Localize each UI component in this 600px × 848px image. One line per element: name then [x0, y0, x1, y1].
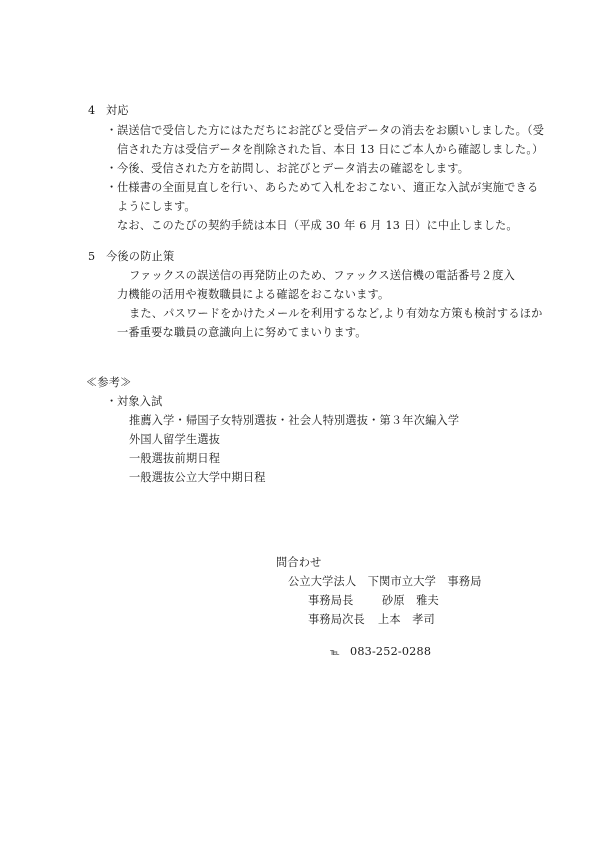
section-5-title: 今後の防止策 [106, 250, 174, 264]
section-4-number: 4 [88, 104, 95, 118]
exam-item: 推薦入学・帰国子女特別選抜・社会人特別選抜・第３年次編入学 [129, 414, 459, 428]
section-5-para-1-line-2: 力機能の活用や複数職員による確認をおこないます。 [117, 288, 389, 302]
bullet-marker: ・ [106, 395, 117, 409]
contact-name: 砂原 雅夫 [382, 594, 439, 608]
section-4-item-3-line-1: 仕様書の全面見直しを行い、あらためて入札をおこない、適正な入試が実施できる [117, 181, 538, 195]
exam-item: 一般選抜公立大学中期日程 [129, 471, 266, 485]
section-4-item-3-line-2: ようにします。 [117, 200, 196, 214]
exam-item: 一般選抜前期日程 [129, 452, 220, 466]
bullet-marker: ・ [106, 124, 117, 138]
section-5-number: 5 [88, 250, 95, 264]
section-5-para-1-line-1: ファックスの誤送信の再発防止のため、ファックス送信機の電話番号２度入 [129, 269, 515, 283]
reference-heading: ≪参考≫ [86, 376, 132, 390]
section-4-item-1-line-2: 信された方は受信データを削除された旨、本日 13 日にご本人から確認しました。） [117, 143, 544, 157]
contact-heading: 問合わせ [276, 556, 322, 570]
exam-item: 外国人留学生選抜 [129, 433, 220, 447]
section-4-title: 対応 [106, 104, 129, 118]
tel-icon: ℡ [330, 646, 340, 660]
contact-role: 事務局次長 [308, 613, 365, 627]
section-4-item-2-line-1: 今後、受信された方を訪問し、お詫びとデータ消去の確認をします。 [117, 162, 469, 176]
section-4-note: なお、このたびの契約手続は本日（平成 30 年 6 月 13 日）に中止しました… [117, 219, 518, 233]
reference-subheading: 対象入試 [117, 395, 163, 409]
contact-role: 事務局長 [308, 594, 354, 608]
section-4-item-1-line-1: 誤送信で受信した方にはただちにお詫びと受信データの消去をお願いしました。（受 [117, 124, 544, 138]
contact-name: 上本 孝司 [378, 613, 435, 627]
bullet-marker: ・ [106, 181, 117, 195]
bullet-marker: ・ [106, 162, 117, 176]
contact-tel: 083-252-0288 [350, 645, 431, 659]
section-5-para-2-line-2: 一番重要な職員の意識向上に努めてまいります。 [117, 326, 367, 340]
contact-organization: 公立大学法人 下関市立大学 事務局 [288, 575, 482, 589]
section-5-para-2-line-1: また、パスワードをかけたメールを利用するなど,より有効な方策も検討するほか [129, 307, 542, 321]
